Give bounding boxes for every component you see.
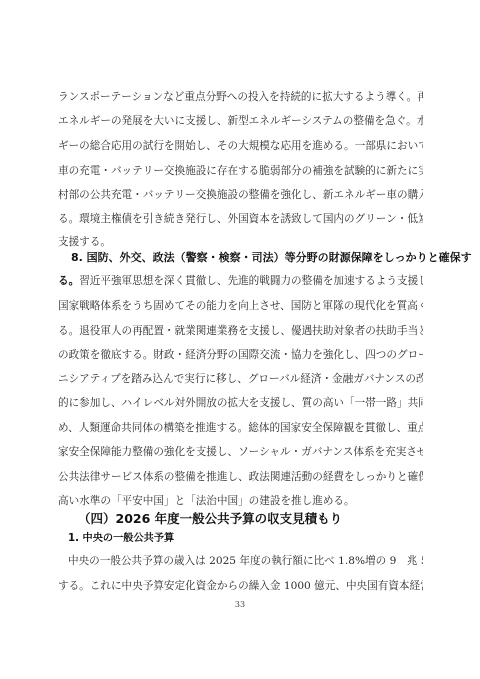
- paragraph-line: する。これに中央予算安定化資金からの繰入金 1000 億元、中央国有資本経営予算…: [58, 579, 423, 593]
- item-8-line-2: る。習近平強軍思想を深く貫徹し、先進的戦闘力の整備を加速するよう支援し、一体的: [58, 274, 423, 288]
- paragraph-line: ニシアティブを踏み込んで実行に移し、グローバル経済・金融ガバナンスの改革に積極: [58, 372, 423, 386]
- paragraph-line: エネルギーの発展を大いに支援し、新型エネルギーシステムの整備を急ぐ。水素エネル: [58, 114, 423, 128]
- paragraph-line: ランスポーテーションなど重点分野への投入を持続的に拡大するよう導く。再生可能: [58, 90, 423, 104]
- page-number: 33: [0, 600, 480, 610]
- paragraph-line: 村部の公共充電・バッテリー交換施設の整備を強化し、新エネルギー車の購入を奨励す: [58, 188, 423, 202]
- paragraph-line: 家安全保障能力整備の強化を支援し、ソーシャル・ガバナンス体系を充実させ、現代的: [58, 445, 423, 459]
- paragraph-line: 的に参加し、ハイレベル対外開放の拡大を支援し、質の高い「一帯一路」共同建設を進: [58, 396, 423, 410]
- document-page: ランスポーテーションなど重点分野への投入を持続的に拡大するよう導く。再生可能 エ…: [0, 0, 480, 679]
- paragraph-line: 支援する。: [58, 235, 423, 249]
- paragraph-line: 国家戦略体系をうち固めてその能力を向上させ、国防と軍隊の現代化を質高く推進す: [58, 299, 423, 313]
- paragraph-line: め、人類運命共同体の構築を推進する。総体的国家安全保障観を貫徹し、重点分野の国: [58, 421, 423, 435]
- paragraph-line: 車の充電・バッテリー交換施設に存在する脆弱部分の補強を試験的に新たに実施し、農: [58, 164, 423, 178]
- paragraph-line: 中央の一般公共予算の歳入は 2025 年度の執行額に比べ 1.8%増の 9 兆 …: [68, 554, 423, 568]
- item-8-body-start: 習近平強軍思想を深く貫徹し、先進的戦闘力の整備を加速するよう支援し、一体的: [79, 275, 423, 287]
- paragraph-line: の政策を徹底する。財政・経済分野の国際交流・協力を強化し、四つのグローバル・イ: [58, 348, 423, 362]
- item-8-heading-end: る。: [58, 275, 79, 287]
- item-8-heading: 8. 国防、外交、政法（警察・検察・司法）等分野の財源保障をしっかりと確保す: [71, 251, 423, 265]
- section-heading: （四）2026 年度一般公共予算の収支見積もり: [78, 511, 342, 527]
- paragraph-line: る。退役軍人の再配置・就業関連業務を支援し、優遇扶助対象者の扶助手当と生活補助: [58, 324, 423, 338]
- subsection-heading: 1. 中央の一般公共予算: [68, 532, 174, 546]
- paragraph-line: 高い水準の「平安中国」と「法治中国」の建設を推し進める。: [58, 494, 423, 508]
- paragraph-line: ギーの総合応用の試行を開始し、その大規模な応用を進める。一部県において電気自動: [58, 139, 423, 153]
- paragraph-line: 公共法律サービス体系の整備を推進し、政法関連活動の経費をしっかりと確保し、より: [58, 470, 423, 484]
- paragraph-line: る。環境主権債を引き続き発行し、外国資本を誘致して国内のグリーン・低炭素発展を: [58, 212, 423, 226]
